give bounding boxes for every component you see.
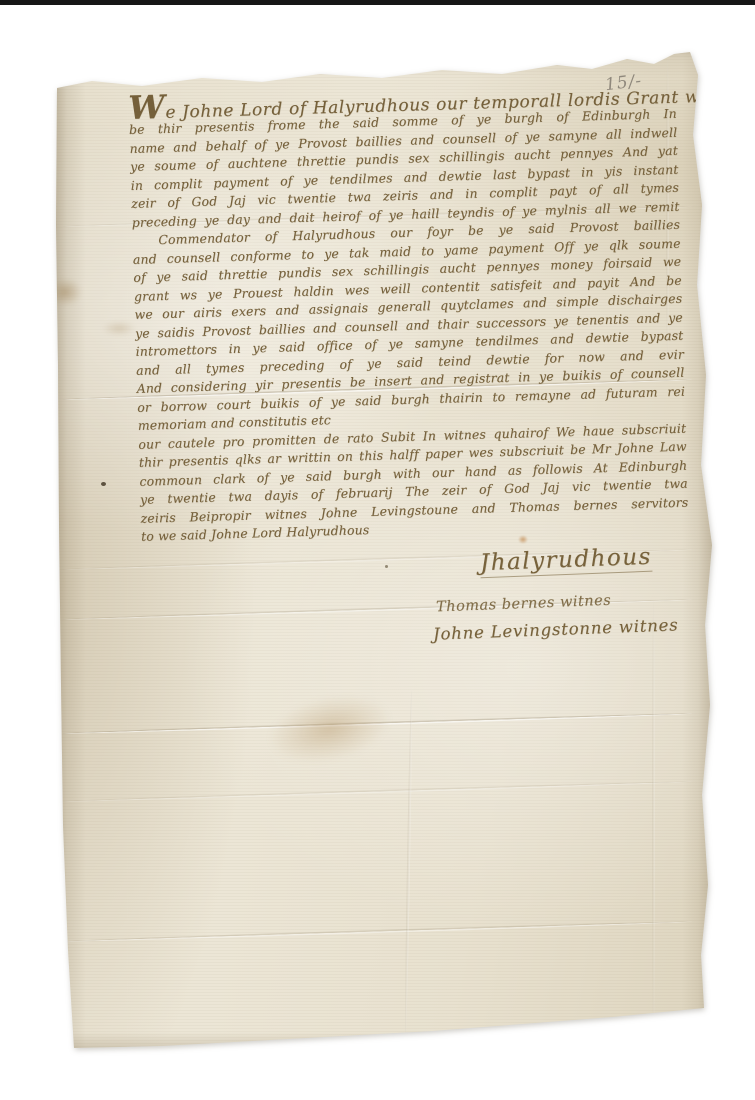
manuscript-text-block: We Johne Lord of Halyrudhous our tempora… (128, 79, 689, 547)
stain (48, 278, 82, 306)
scan-edge-bar (0, 0, 755, 5)
scan-photo-of-manuscript: { "page": { "background_color": "#ffffff… (0, 0, 755, 1100)
ink-speck (385, 565, 388, 568)
fold-crease (62, 780, 692, 803)
stain (102, 321, 136, 336)
stain (518, 535, 528, 544)
stain (262, 685, 398, 774)
signature-halyrudhous: Jhalyrudhous (480, 544, 653, 579)
paper-surface: 15/- We Johne Lord of Halyrudhous our te… (52, 45, 712, 1050)
ink-speck (101, 482, 106, 486)
manuscript-paper-sheet: 15/- We Johne Lord of Halyrudhous our te… (52, 45, 712, 1050)
signature-witness-2: Johne Levingstonne witnes (433, 615, 679, 643)
signature-witness-1: Thomas bernes witnes (436, 593, 612, 616)
fold-crease (62, 920, 692, 943)
fold-crease-vertical (652, 600, 655, 1040)
fold-crease-vertical (404, 690, 413, 1040)
